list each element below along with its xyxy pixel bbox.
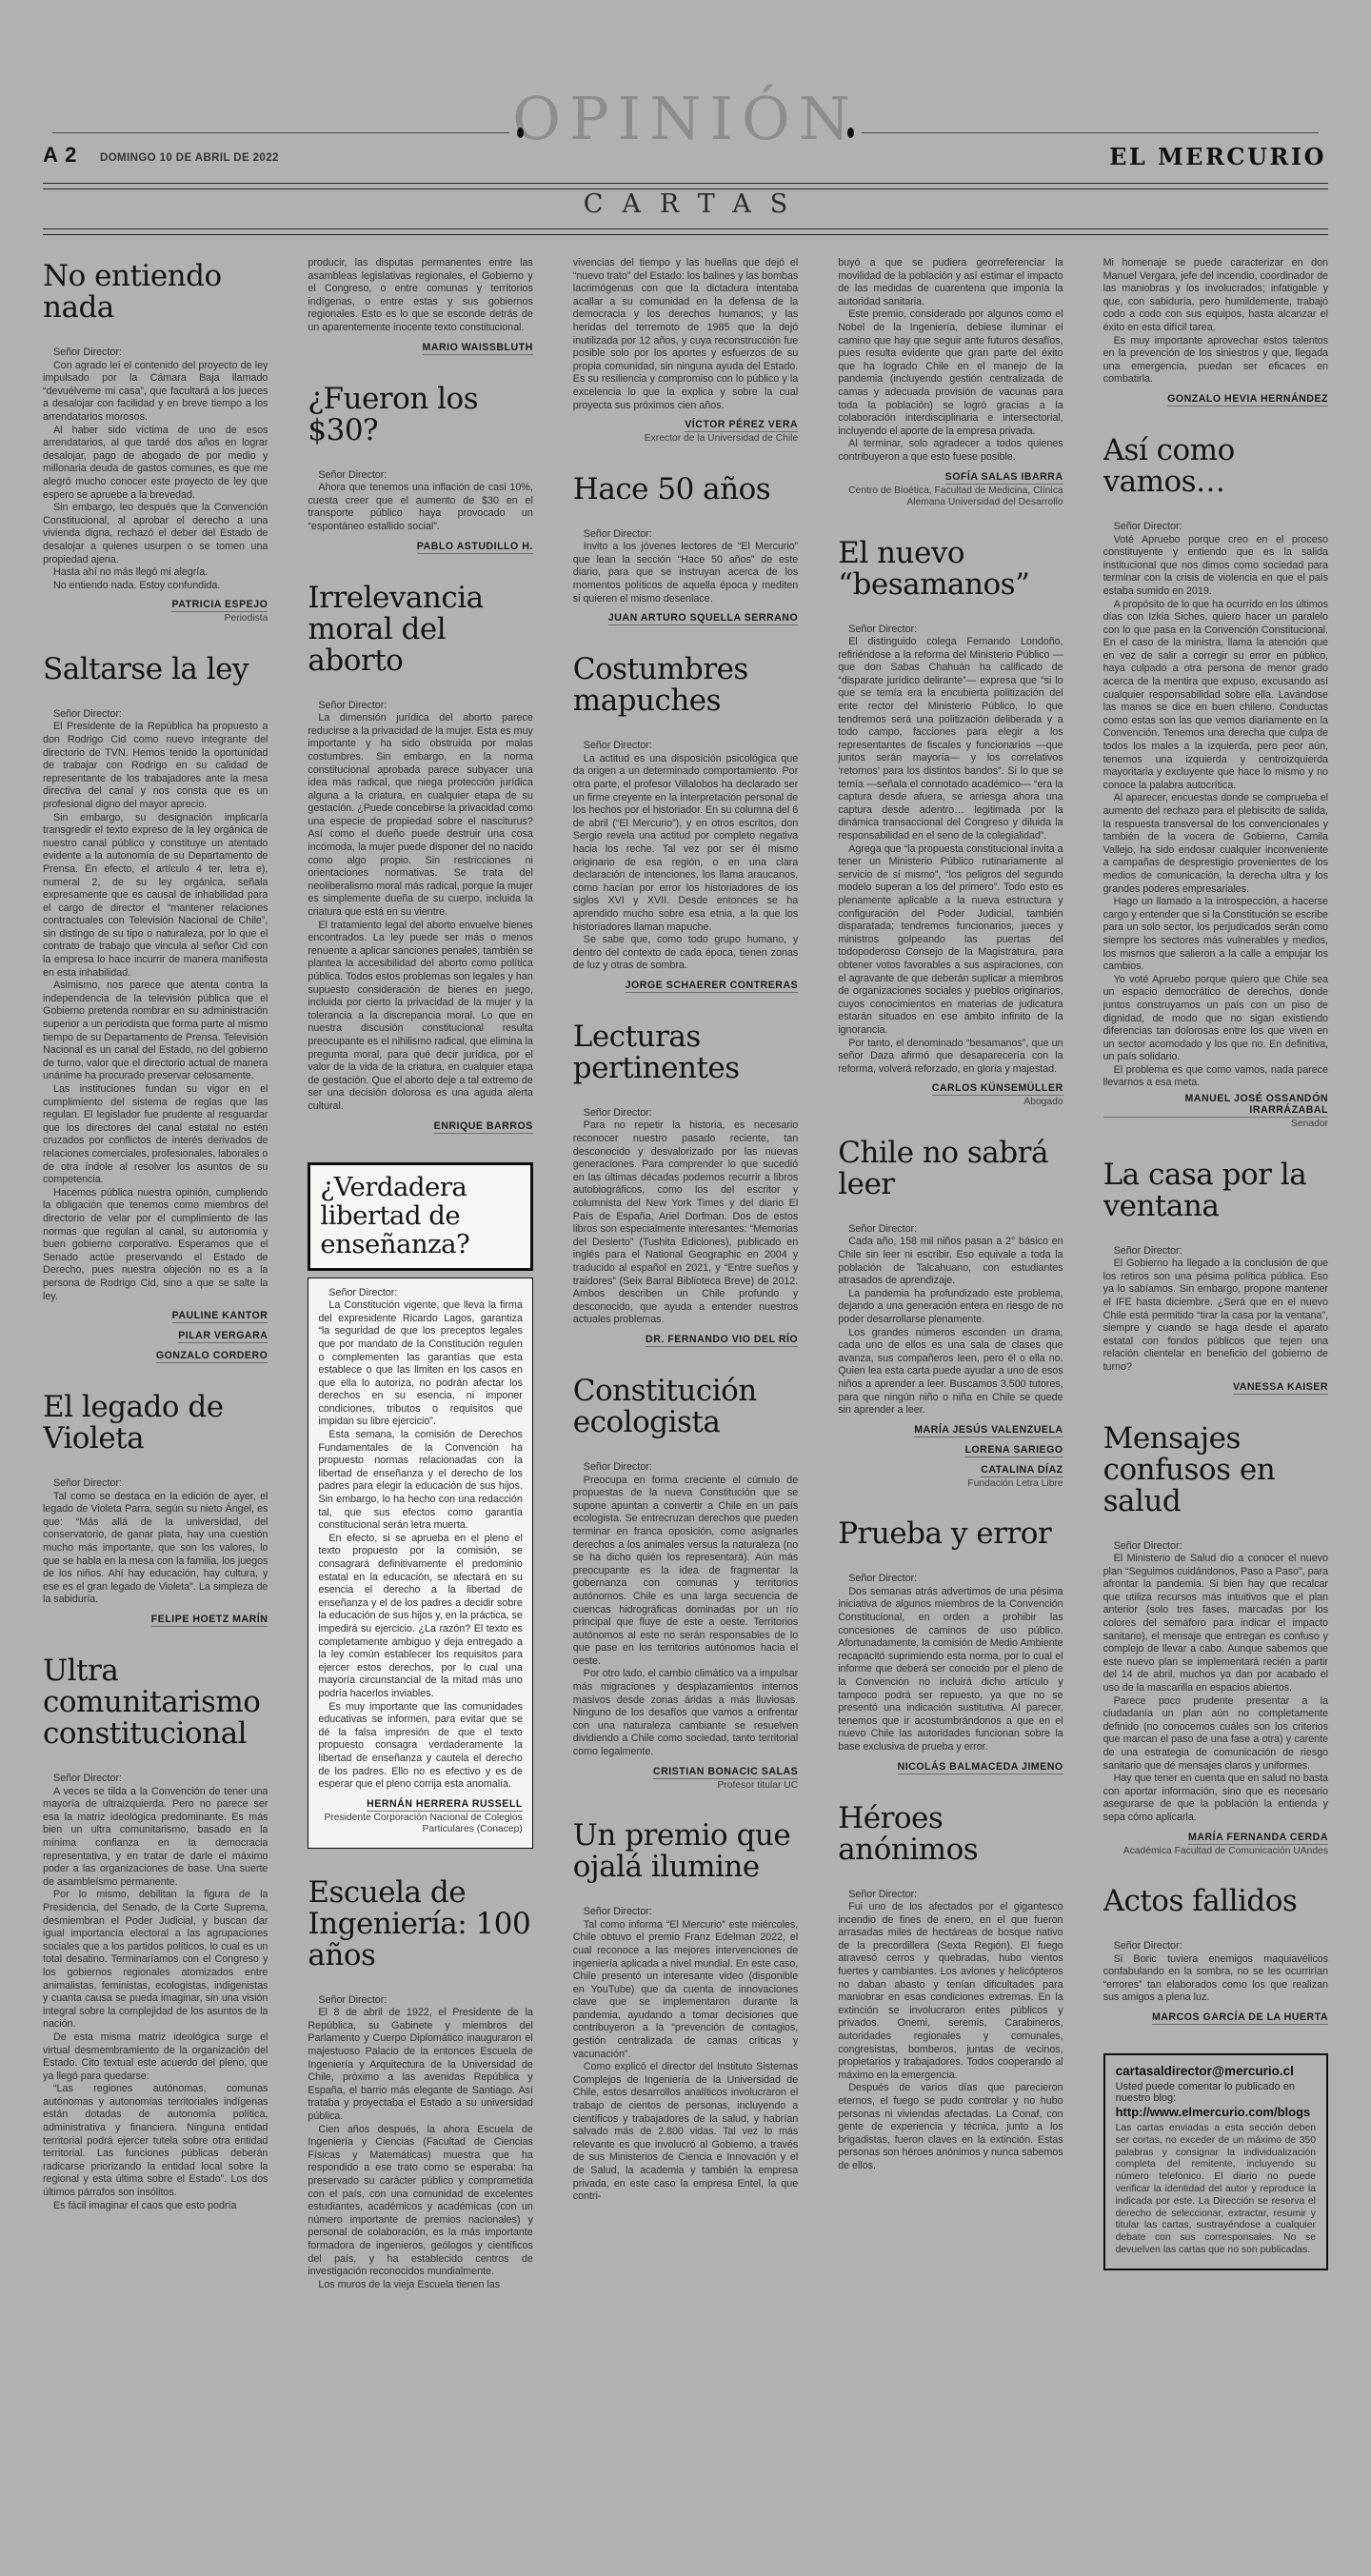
letter-title: Héroes anónimos (838, 1803, 1063, 1866)
signature: CARLOS KÜNSEMÜLLER (838, 1079, 1063, 1096)
signature: VANESSA KAISER (1103, 1377, 1328, 1395)
signature-name: PILAR VERGARA (178, 1330, 268, 1343)
columns: No entiendo nadaSeñor Director:Con agrad… (43, 257, 1328, 2489)
signature-role: Profesor titular UC (573, 1780, 798, 1793)
letter-paragraph: Esta semana, la comisión de Derechos Fun… (318, 1429, 522, 1533)
signature: CATALINA DÍAZ (838, 1460, 1063, 1477)
column-5: Mi homenaje se puede caracterizar en don… (1103, 257, 1328, 2489)
letter-paragraph: Por lo mismo, debilitan la figura de la … (43, 1889, 268, 2031)
letter-paragraph: Hago un llamado a la introspección, a ha… (1103, 896, 1328, 974)
letter-paragraph: El Ministerio de Salud dio a conocer el … (1103, 1553, 1328, 1695)
letter-title: ¿Fueron los $30? (308, 384, 532, 446)
signature-name: CARLOS KÜNSEMÜLLER (932, 1082, 1063, 1096)
signature-name: HERNÁN HERRERA RUSSELL (367, 1798, 523, 1812)
column-4: buyó a que se pudiera georreferenciar la… (838, 257, 1063, 2489)
letter-paragraph: “Las regiones autónomas, comunas autónom… (43, 2083, 268, 2199)
letter-paragraph: No entiendo nada. Estoy confundida. (43, 580, 268, 593)
letter-paragraph: Señor Director: (838, 1573, 1063, 1586)
letter-title: Lecturas pertinentes (573, 1021, 798, 1084)
signature: JORGE SCHAERER CONTRERAS (573, 976, 798, 993)
signature-name: LORENA SARIEGO (964, 1444, 1063, 1457)
letter-paragraph: Hacemos pública nuestra opinión, cumplie… (43, 1187, 268, 1303)
letter-paragraph: Con agrado leí el contenido del proyecto… (43, 360, 268, 425)
letter-paragraph: A propósito de lo que ha ocurrido en los… (1103, 599, 1328, 793)
signature-name: MANUEL JOSÉ OSSANDÓN IRARRÁZABAL (1103, 1093, 1328, 1118)
signature-name: GONZALO HEVIA HERNÁNDEZ (1167, 393, 1328, 406)
signature-role: Centro de Bioética, Facultad de Medicina… (838, 485, 1063, 509)
signature-name: PAULINE KANTOR (172, 1310, 268, 1323)
letter-paragraph: Si Boric tuviera enemigos maquiavélicos … (1103, 1953, 1328, 2005)
signature: PATRICIA ESPEJO (43, 595, 268, 612)
letter-paragraph: El distinguido colega Fernando Londoño, … (838, 636, 1063, 843)
letter-paragraph: La dimensión jurídica del aborto parece … (308, 712, 532, 920)
signature: MARÍA FERNANDA CERDA (1103, 1828, 1328, 1845)
letter-paragraph: Los grandes números esconden un drama, c… (838, 1327, 1063, 1417)
featured-letter-body: Señor Director:La Constitución vigente, … (308, 1278, 532, 1849)
letter-paragraph: La actitud es una disposición psicológic… (573, 753, 798, 934)
signature-role: Exrector de la Universidad de Chile (573, 433, 798, 446)
letter-paragraph: Tal como se destaca en la edición de aye… (43, 1491, 268, 1607)
letter-paragraph: Como explicó el director del Instituto S… (573, 2061, 798, 2204)
signature-name: FELIPE HOETZ MARÍN (151, 1614, 268, 1627)
contact-blog-url: http://www.elmercurio.com/blogs (1116, 2105, 1316, 2119)
letter-title: ¿Verdadera libertad de enseñanza? (308, 1162, 532, 1271)
letter-paragraph: Señor Director: (43, 347, 268, 360)
letter-paragraph: Por otro lado, el cambio climático va a … (573, 1668, 798, 1758)
signature: NICOLÁS BALMACEDA JIMENO (838, 1757, 1063, 1774)
masthead: OPINIÓN A 2 DOMINGO 10 DE ABRIL DE 2022 … (0, 0, 1371, 255)
signature-name: JORGE SCHAERER CONTRERAS (626, 980, 799, 993)
letter-title: Actos fallidos (1103, 1886, 1328, 1917)
signature: PABLO ASTUDILLO H. (308, 537, 532, 554)
letter-paragraph: Señor Director: (573, 528, 798, 542)
signature-name: MARÍA FERNANDA CERDA (1188, 1832, 1328, 1845)
contact-email: cartasaldirector@mercurio.cl (1116, 2064, 1316, 2078)
newspaper-brand: EL MERCURIO (1109, 143, 1326, 170)
letter-paragraph: Por tanto, el denominado “besamanos”, qu… (838, 1038, 1063, 1077)
letter-paragraph: Señor Director: (573, 740, 798, 753)
letter-paragraph: Mi homenaje se puede caracterizar en don… (1103, 257, 1328, 335)
signature: MARCOS GARCÍA DE LA HUERTA (1103, 2008, 1328, 2025)
signature-name: PATRICIA ESPEJO (171, 599, 268, 612)
signature: JUAN ARTURO SQUELLA SERRANO (573, 608, 798, 625)
letter-title: Costumbres mapuches (573, 654, 798, 717)
letter-paragraph: Los muros de la vieja Escuela tienen las (308, 2279, 532, 2292)
signature: MANUEL JOSÉ OSSANDÓN IRARRÁZABAL (1103, 1093, 1328, 1118)
letter-title: Escuela de Ingeniería: 100 años (308, 1877, 532, 1972)
letter-paragraph: A veces se tilda a la Convención de tene… (43, 1786, 268, 1890)
letter-title: Mensajes confusos en salud (1103, 1423, 1328, 1517)
signature-name: VANESSA KAISER (1233, 1381, 1328, 1395)
signature-name: NICOLÁS BALMACEDA JIMENO (898, 1761, 1063, 1774)
masthead-rule-left (52, 132, 509, 133)
signature-role: Fundación Letra Libre (838, 1478, 1063, 1491)
letter-paragraph: Señor Director: (838, 1223, 1063, 1237)
letter-paragraph: Hasta ahí no más llegó mi alegría. (43, 566, 268, 580)
letter-paragraph: Señor Director: (573, 1906, 798, 1919)
letter-paragraph: Es fácil imaginar el caos que esto podrí… (43, 2200, 268, 2213)
letter-paragraph: Preocupa en forma creciente el cúmulo de… (573, 1475, 798, 1669)
signature: VÍCTOR PÉREZ VERA (573, 415, 798, 432)
letter-paragraph: Este premio, considerado por algunos com… (838, 308, 1063, 438)
signature-name: VÍCTOR PÉREZ VERA (685, 419, 798, 432)
letter-paragraph: Dos semanas atrás advertimos de una pési… (838, 1586, 1063, 1754)
letter-title: Chile no sabrá leer (838, 1138, 1063, 1200)
column-1: No entiendo nadaSeñor Director:Con agrad… (43, 257, 268, 2489)
letter-paragraph: Señor Director: (1103, 1940, 1328, 1953)
letter-paragraph: Se sabe que, como todo grupo humano, y d… (573, 934, 798, 973)
letter-paragraph: La Constitución vigente, que lleva la fi… (318, 1299, 522, 1429)
signature: PAULINE KANTOR (43, 1306, 268, 1323)
letter-paragraph: Señor Director: (43, 708, 268, 722)
letter-paragraph: Señor Director: (308, 700, 532, 713)
letter-paragraph: Señor Director: (1103, 521, 1328, 534)
divider-rule-top (43, 183, 1328, 189)
letter-paragraph: Señor Director: (573, 1107, 798, 1120)
signature: GONZALO HEVIA HERNÁNDEZ (1103, 389, 1328, 406)
letter-paragraph: El Presidente de la República ha propues… (43, 721, 268, 811)
letter-title: No entiendo nada (43, 261, 268, 324)
signature-name: CATALINA DÍAZ (981, 1464, 1063, 1477)
signature: DR. FERNANDO VIO DEL RÍO (573, 1330, 798, 1347)
letter-paragraph: Cien años después, la ahora Escuela de I… (308, 2124, 532, 2279)
letter-paragraph: Ahora que tenemos una inflación de casi … (308, 482, 532, 533)
letter-paragraph: Después de varios días que parecieron et… (838, 2082, 1063, 2172)
signature: MARIO WAISSBLUTH (308, 338, 532, 355)
letter-paragraph: El problema es que como vamos, nada pare… (1103, 1064, 1328, 1090)
masthead-dot-left-icon (517, 128, 524, 138)
column-3: vivencias del tiempo y las huellas que d… (573, 257, 798, 2489)
letter-paragraph: En efecto, si se aprueba en el pleno el … (318, 1533, 522, 1701)
letter-title: Así como vamos… (1103, 435, 1328, 498)
column-2: producir, las disputas permanentes entre… (308, 257, 532, 2489)
subsection-title: CARTAS (0, 189, 1371, 219)
letter-paragraph: Es muy importante aprovechar estos talen… (1103, 335, 1328, 386)
letter-paragraph: Sin embargo, su designación implicaría t… (43, 812, 268, 981)
letter-paragraph: Invito a los jóvenes lectores de “El Mer… (573, 541, 798, 605)
masthead-rule-right (862, 132, 1319, 133)
letter-paragraph: Cada año, 158 mil niños pasan a 2° básic… (838, 1236, 1063, 1287)
page-number: A 2 (43, 143, 77, 168)
letter-title: La casa por la ventana (1103, 1159, 1328, 1222)
letter-title: Saltarse la ley (43, 654, 268, 685)
signature: FELIPE HOETZ MARÍN (43, 1610, 268, 1627)
signature: HERNÁN HERRERA RUSSELL (318, 1794, 522, 1812)
letter-paragraph: Al aparecer, encuestas donde se comprueb… (1103, 792, 1328, 896)
signature-name: GONZALO CORDERO (156, 1350, 268, 1363)
signature-role: Académica Facultad de Comunicación UAnde… (1103, 1846, 1328, 1858)
letter-paragraph: Señor Director: (1103, 1540, 1328, 1554)
letter-paragraph: Señor Director: (573, 1461, 798, 1475)
letter-paragraph: Voté Apruebo porque creo en el proceso c… (1103, 534, 1328, 599)
letter-paragraph: Señor Director: (308, 1994, 532, 2008)
letters-contact-box: cartasaldirector@mercurio.clUsted puede … (1103, 2053, 1328, 2270)
letter-title: Un premio que ojalá ilumine (573, 1820, 798, 1883)
letter-title: Hace 50 años (573, 474, 798, 505)
letter-paragraph: Las instituciones fundan su vigor en el … (43, 1083, 268, 1187)
signature-name: CRISTIAN BONACIC SALAS (653, 1766, 798, 1779)
signature: GONZALO CORDERO (43, 1346, 268, 1363)
letter-paragraph: Señor Director: (838, 1889, 1063, 1902)
contact-policy: Las cartas enviadas a esta sección deben… (1116, 2123, 1316, 2257)
letter-paragraph: La pandemia ha profundizado este problem… (838, 1288, 1063, 1327)
letter-paragraph: Al haber sido víctima de uno de esos arr… (43, 425, 268, 503)
letter-paragraph: Señor Director: (318, 1287, 522, 1300)
letter-paragraph: Al terminar, solo agradecer a todos quie… (838, 438, 1063, 464)
letter-paragraph: Señor Director: (1103, 1245, 1328, 1258)
masthead-dot-right-icon (847, 128, 854, 138)
letter-title: El legado de Violeta (43, 1392, 268, 1455)
signature: MARÍA JESÚS VALENZUELA (838, 1420, 1063, 1437)
signature-name: SOFÍA SALAS IBARRA (945, 471, 1063, 485)
letter-paragraph: Señor Director: (43, 1773, 268, 1786)
signature-name: ENRIQUE BARROS (434, 1120, 533, 1134)
letter-paragraph: El Gobierno ha llegado a la conclusión d… (1103, 1258, 1328, 1374)
letter-paragraph: Fui uno de los afectados por el gigantes… (838, 1901, 1063, 2082)
signature: LORENA SARIEGO (838, 1440, 1063, 1457)
letter-title: Ultra comunitarismo constitucional (43, 1655, 268, 1750)
signature-name: MARCOS GARCÍA DE LA HUERTA (1152, 2011, 1328, 2025)
letter-paragraph: Hay que tener en cuenta que en salud no … (1103, 1773, 1328, 1824)
signature: ENRIQUE BARROS (308, 1117, 532, 1134)
signature-role: Presidente Corporación Nacional de Coleg… (318, 1813, 522, 1836)
newspaper-page: OPINIÓN A 2 DOMINGO 10 DE ABRIL DE 2022 … (0, 0, 1371, 2576)
letter-paragraph: Para no repetir la historia, es necesari… (573, 1120, 798, 1327)
letter-paragraph: producir, las disputas permanentes entre… (308, 257, 532, 335)
signature: PILAR VERGARA (43, 1326, 268, 1343)
signature-role: Senador (1103, 1119, 1328, 1131)
letter-title: El nuevo “besamanos” (838, 538, 1063, 601)
signature-role: Abogado (838, 1097, 1063, 1109)
letter-paragraph: buyó a que se pudiera georreferenciar la… (838, 257, 1063, 308)
letter-paragraph: Agrega que “la propuesta constitucional … (838, 843, 1063, 1038)
letter-paragraph: Asimismo, nos parece que atenta contra l… (43, 980, 268, 1083)
letter-paragraph: Señor Director: (838, 624, 1063, 637)
letter-title: Constitución ecologista (573, 1376, 798, 1438)
letter-paragraph: Es muy importante que las comunidades ed… (318, 1701, 522, 1792)
signature: CRISTIAN BONACIC SALAS (573, 1762, 798, 1779)
letter-paragraph: Yo voté Apruebo porque quiero que Chile … (1103, 974, 1328, 1064)
signature: SOFÍA SALAS IBARRA (838, 467, 1063, 485)
letter-paragraph: Sin embargo, leo después que la Convenci… (43, 502, 268, 566)
letter-title: Prueba y error (838, 1518, 1063, 1550)
signature-name: MARÍA JESÚS VALENZUELA (914, 1424, 1063, 1437)
letter-paragraph: De esta misma matriz ideológica surge el… (43, 2031, 268, 2083)
letter-paragraph: El tratamiento legal del aborto envuelve… (308, 920, 532, 1114)
page-date: DOMINGO 10 DE ABRIL DE 2022 (100, 152, 279, 164)
featured-letter-box: ¿Verdadera libertad de enseñanza?Señor D… (308, 1162, 532, 1849)
letter-title: Irrelevancia moral del aborto (308, 583, 532, 677)
letter-paragraph: Señor Director: (308, 469, 532, 483)
signature-role: Periodista (43, 613, 268, 625)
signature-name: PABLO ASTUDILLO H. (417, 541, 533, 554)
divider-rule-bottom (43, 228, 1328, 235)
letter-paragraph: Tal como informa “El Mercurio” este miér… (573, 1919, 798, 2062)
contact-blog-line: Usted puede comentar lo publicado en nue… (1116, 2081, 1316, 2104)
signature-name: DR. FERNANDO VIO DEL RÍO (646, 1334, 798, 1347)
letter-paragraph: El 8 de abril de 1922, el Presidente de … (308, 2007, 532, 2123)
signature-name: MARIO WAISSBLUTH (423, 342, 533, 355)
letter-paragraph: Señor Director: (43, 1477, 268, 1491)
letter-paragraph: vivencias del tiempo y las huellas que d… (573, 257, 798, 412)
letter-paragraph: Parece poco prudente presentar a la ciud… (1103, 1695, 1328, 1773)
signature-name: JUAN ARTURO SQUELLA SERRANO (608, 612, 798, 625)
